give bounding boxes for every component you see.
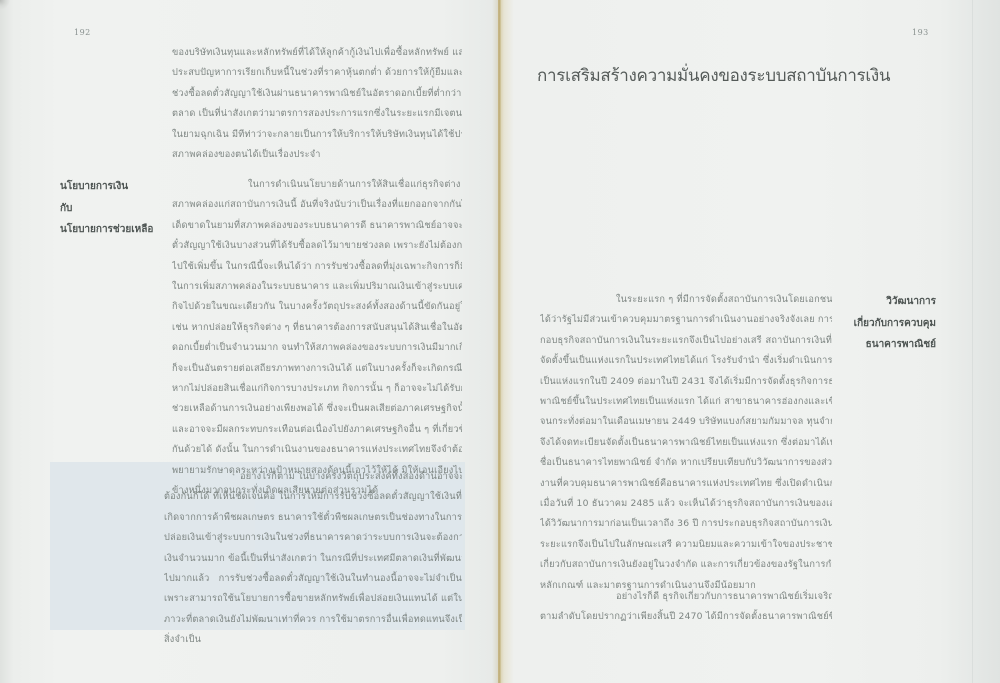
text-line: อย่างไรก็ตาม ในบางครั้งวัตถุประสงค์ทั้งส… <box>164 467 462 487</box>
text-line: งานที่ควบคุมธนาคารพาณิชย์คือธนาคารแห่งปร… <box>540 474 832 494</box>
text-line: ระยะแรกจึงเป็นไปในลักษณะเสรี ความนิยมและ… <box>540 535 832 555</box>
text-line: ช่วยเหลือด้านการเงินอย่างเพียงพอได้ ซึ่ง… <box>172 399 462 419</box>
text-line: สภาพคล่องแก่สถาบันการเงินนี้ อันที่จริงน… <box>172 195 462 215</box>
text-line: อย่างไรก็ดี ธุรกิจเกี่ยวกับการธนาคารพาณิ… <box>540 587 832 607</box>
text-line: เพราะสามารถใช้นโยบายการซื้อขายหลักทรัพย์… <box>164 589 462 609</box>
text-line: และอาจจะมีผลกระทบกระเทือนต่อเนื่องไปยังภ… <box>172 420 462 440</box>
right-paragraph-however: อย่างไรก็ดี ธุรกิจเกี่ยวกับการธนาคารพาณิ… <box>540 587 832 628</box>
text-line: กิจไปด้วยในขณะเดียวกัน ในบางครั้งวัตถุปร… <box>172 297 462 317</box>
page-corner-curl <box>0 0 10 10</box>
text-line: จัดตั้งขึ้นเป็นแห่งแรกในประเทศไทยได้แก่ … <box>540 351 832 371</box>
left-continuation-paragraph: ของบริษัทเงินทุนและหลักทรัพย์ที่ได้ให้ลู… <box>172 43 462 165</box>
text-line: เงินจำนวนมาก ข้อนี้เป็นที่น่าสังเกตว่า ใ… <box>164 549 462 569</box>
left-page-number: 192 <box>74 28 91 37</box>
text-line: เกี่ยวกับสถาบันการเงินยังอยู่ในวงจำกัด แ… <box>540 555 832 575</box>
text-line: พาณิชย์ขึ้นในประเทศไทยเป็นแห่งแรก ได้แก่… <box>540 392 832 412</box>
page-edge <box>972 0 973 683</box>
left-margin-heading: นโยบายการเงิน กับ นโยบายการช่วยเหลือ <box>60 176 153 241</box>
heading-line: วิวัฒนาการ <box>840 291 936 313</box>
text-line: เกิดจากการค้าพืชผลเกษตร ธนาคารใช้ตั๋วพืช… <box>164 508 462 528</box>
text-line: กันด้วยได้ ดังนั้น ในการดำเนินงานของธนาค… <box>172 440 462 460</box>
text-line: เด็ดขาดในยามที่สภาพคล่องของระบบธนาคารดี … <box>172 216 462 236</box>
text-line: จนกระทั่งต่อมาในเดือนเมษายน 2449 บริษัทแ… <box>540 412 832 432</box>
text-line: ได้ว่ารัฐไม่มีส่วนเข้าควบคุมมาตรฐานการดำ… <box>540 310 832 330</box>
text-line: ของบริษัทเงินทุนและหลักทรัพย์ที่ได้ให้ลู… <box>172 43 462 63</box>
right-page-number: 193 <box>912 28 929 37</box>
right-paragraph-history: ในระยะแรก ๆ ที่มีการจัดตั้งสถาบันการเงิน… <box>540 290 832 596</box>
text-line: ได้วิวัฒนาการมาก่อนเป็นเวลาถึง 36 ปี การ… <box>540 514 832 534</box>
text-line: ในการดำเนินนโยบายด้านการให้สินเชื่อแก่ธุ… <box>172 175 462 195</box>
heading-line: เกี่ยวกับการควบคุม <box>840 313 936 335</box>
heading-line: ธนาคารพาณิชย์ <box>840 334 936 356</box>
text-line: ดอกเบี้ยต่ำเป็นจำนวนมาก จนทำให้สภาพคล่อง… <box>172 338 462 358</box>
text-line: ในระยะแรก ๆ ที่มีการจัดตั้งสถาบันการเงิน… <box>540 290 832 310</box>
right-margin-heading: วิวัฒนาการ เกี่ยวกับการควบคุม ธนาคารพาณิ… <box>840 291 936 356</box>
text-line: ประสบปัญหาการเรียกเก็บหนี้ในช่วงที่ราคาห… <box>172 63 462 83</box>
text-line: ภาวะที่ตลาดเงินยังไม่พัฒนาเท่าที่ควร การ… <box>164 610 462 630</box>
heading-line: นโยบายการช่วยเหลือ <box>60 219 153 241</box>
text-line: จึงได้จดทะเบียนจัดตั้งเป็นธนาคารพาณิชย์ไ… <box>540 433 832 453</box>
text-line: เป็นแห่งแรกในปี 2409 ต่อมาในปี 2431 จึงไ… <box>540 372 832 392</box>
left-paragraph-however: อย่างไรก็ตาม ในบางครั้งวัตถุประสงค์ทั้งส… <box>164 467 462 651</box>
left-paragraph-policy: ในการดำเนินนโยบายด้านการให้สินเชื่อแก่ธุ… <box>172 175 462 502</box>
text-line: ปล่อยเงินเข้าสู่ระบบการเงินในช่วงที่ธนาค… <box>164 528 462 548</box>
text-line: ตลาด เป็นที่น่าสังเกตว่ามาตรการสองประการ… <box>172 104 462 124</box>
text-line: ตามลำดับโดยปรากฏว่าเพียงสิ้นปี 2470 ได้ม… <box>540 607 832 627</box>
book-spread: 192 ของบริษัทเงินทุนและหลักทรัพย์ที่ได้ใ… <box>0 0 1000 683</box>
text-line: กอบธุรกิจสถาบันการเงินในระยะแรกจึงเป็นไป… <box>540 331 832 351</box>
text-line: ต้องกันก็ได้ ที่เห็นชัดเจนคือ ในการให้มี… <box>164 487 462 507</box>
heading-line: กับ <box>60 198 153 220</box>
text-line: ไปมากแล้ว การรับช่วงซื้อลดตั๋วสัญญาใช้เง… <box>164 569 462 589</box>
text-line: ในยามฉุกเฉิน มีทีท่าว่าจะกลายเป็นการให้บ… <box>172 125 462 145</box>
text-line: เช่น หากปล่อยให้ธุรกิจต่าง ๆ ที่ธนาคารต้… <box>172 318 462 338</box>
text-line: ไปใช้เพิ่มขึ้น ในกรณีนี้จะเห็นได้ว่า การ… <box>172 257 462 277</box>
text-line: สภาพคล่องของตนได้เป็นเรื่องประจำ <box>172 145 462 165</box>
text-line: ในการเพิ่มสภาพคล่องในระบบธนาคาร และเพิ่ม… <box>172 277 462 297</box>
text-line: เมื่อวันที่ 10 ธันวาคม 2485 แล้ว จะเห็นไ… <box>540 494 832 514</box>
chapter-title: การเสริมสร้างความมั่นคงของระบบสถาบันการเ… <box>537 62 890 89</box>
text-line: หากไม่ปล่อยสินเชื่อแก่กิจการบางประเภท กิ… <box>172 379 462 399</box>
text-line: สิ่งจำเป็น <box>164 630 462 650</box>
text-line: ตั๋วสัญญาใช้เงินบางส่วนที่ได้รับซื้อลดไว… <box>172 236 462 256</box>
text-line: ช่วงซื้อลดตั๋วสัญญาใช้เงินผ่านธนาคารพาณิ… <box>172 84 462 104</box>
book-gutter <box>498 0 501 683</box>
text-line: ก็จะเป็นอันตรายต่อเสถียรภาพทางการเงินได้… <box>172 359 462 379</box>
text-line: ชื่อเป็นธนาคารไทยพาณิชย์ จำกัด หากเปรียบ… <box>540 453 832 473</box>
heading-line: นโยบายการเงิน <box>60 176 153 198</box>
